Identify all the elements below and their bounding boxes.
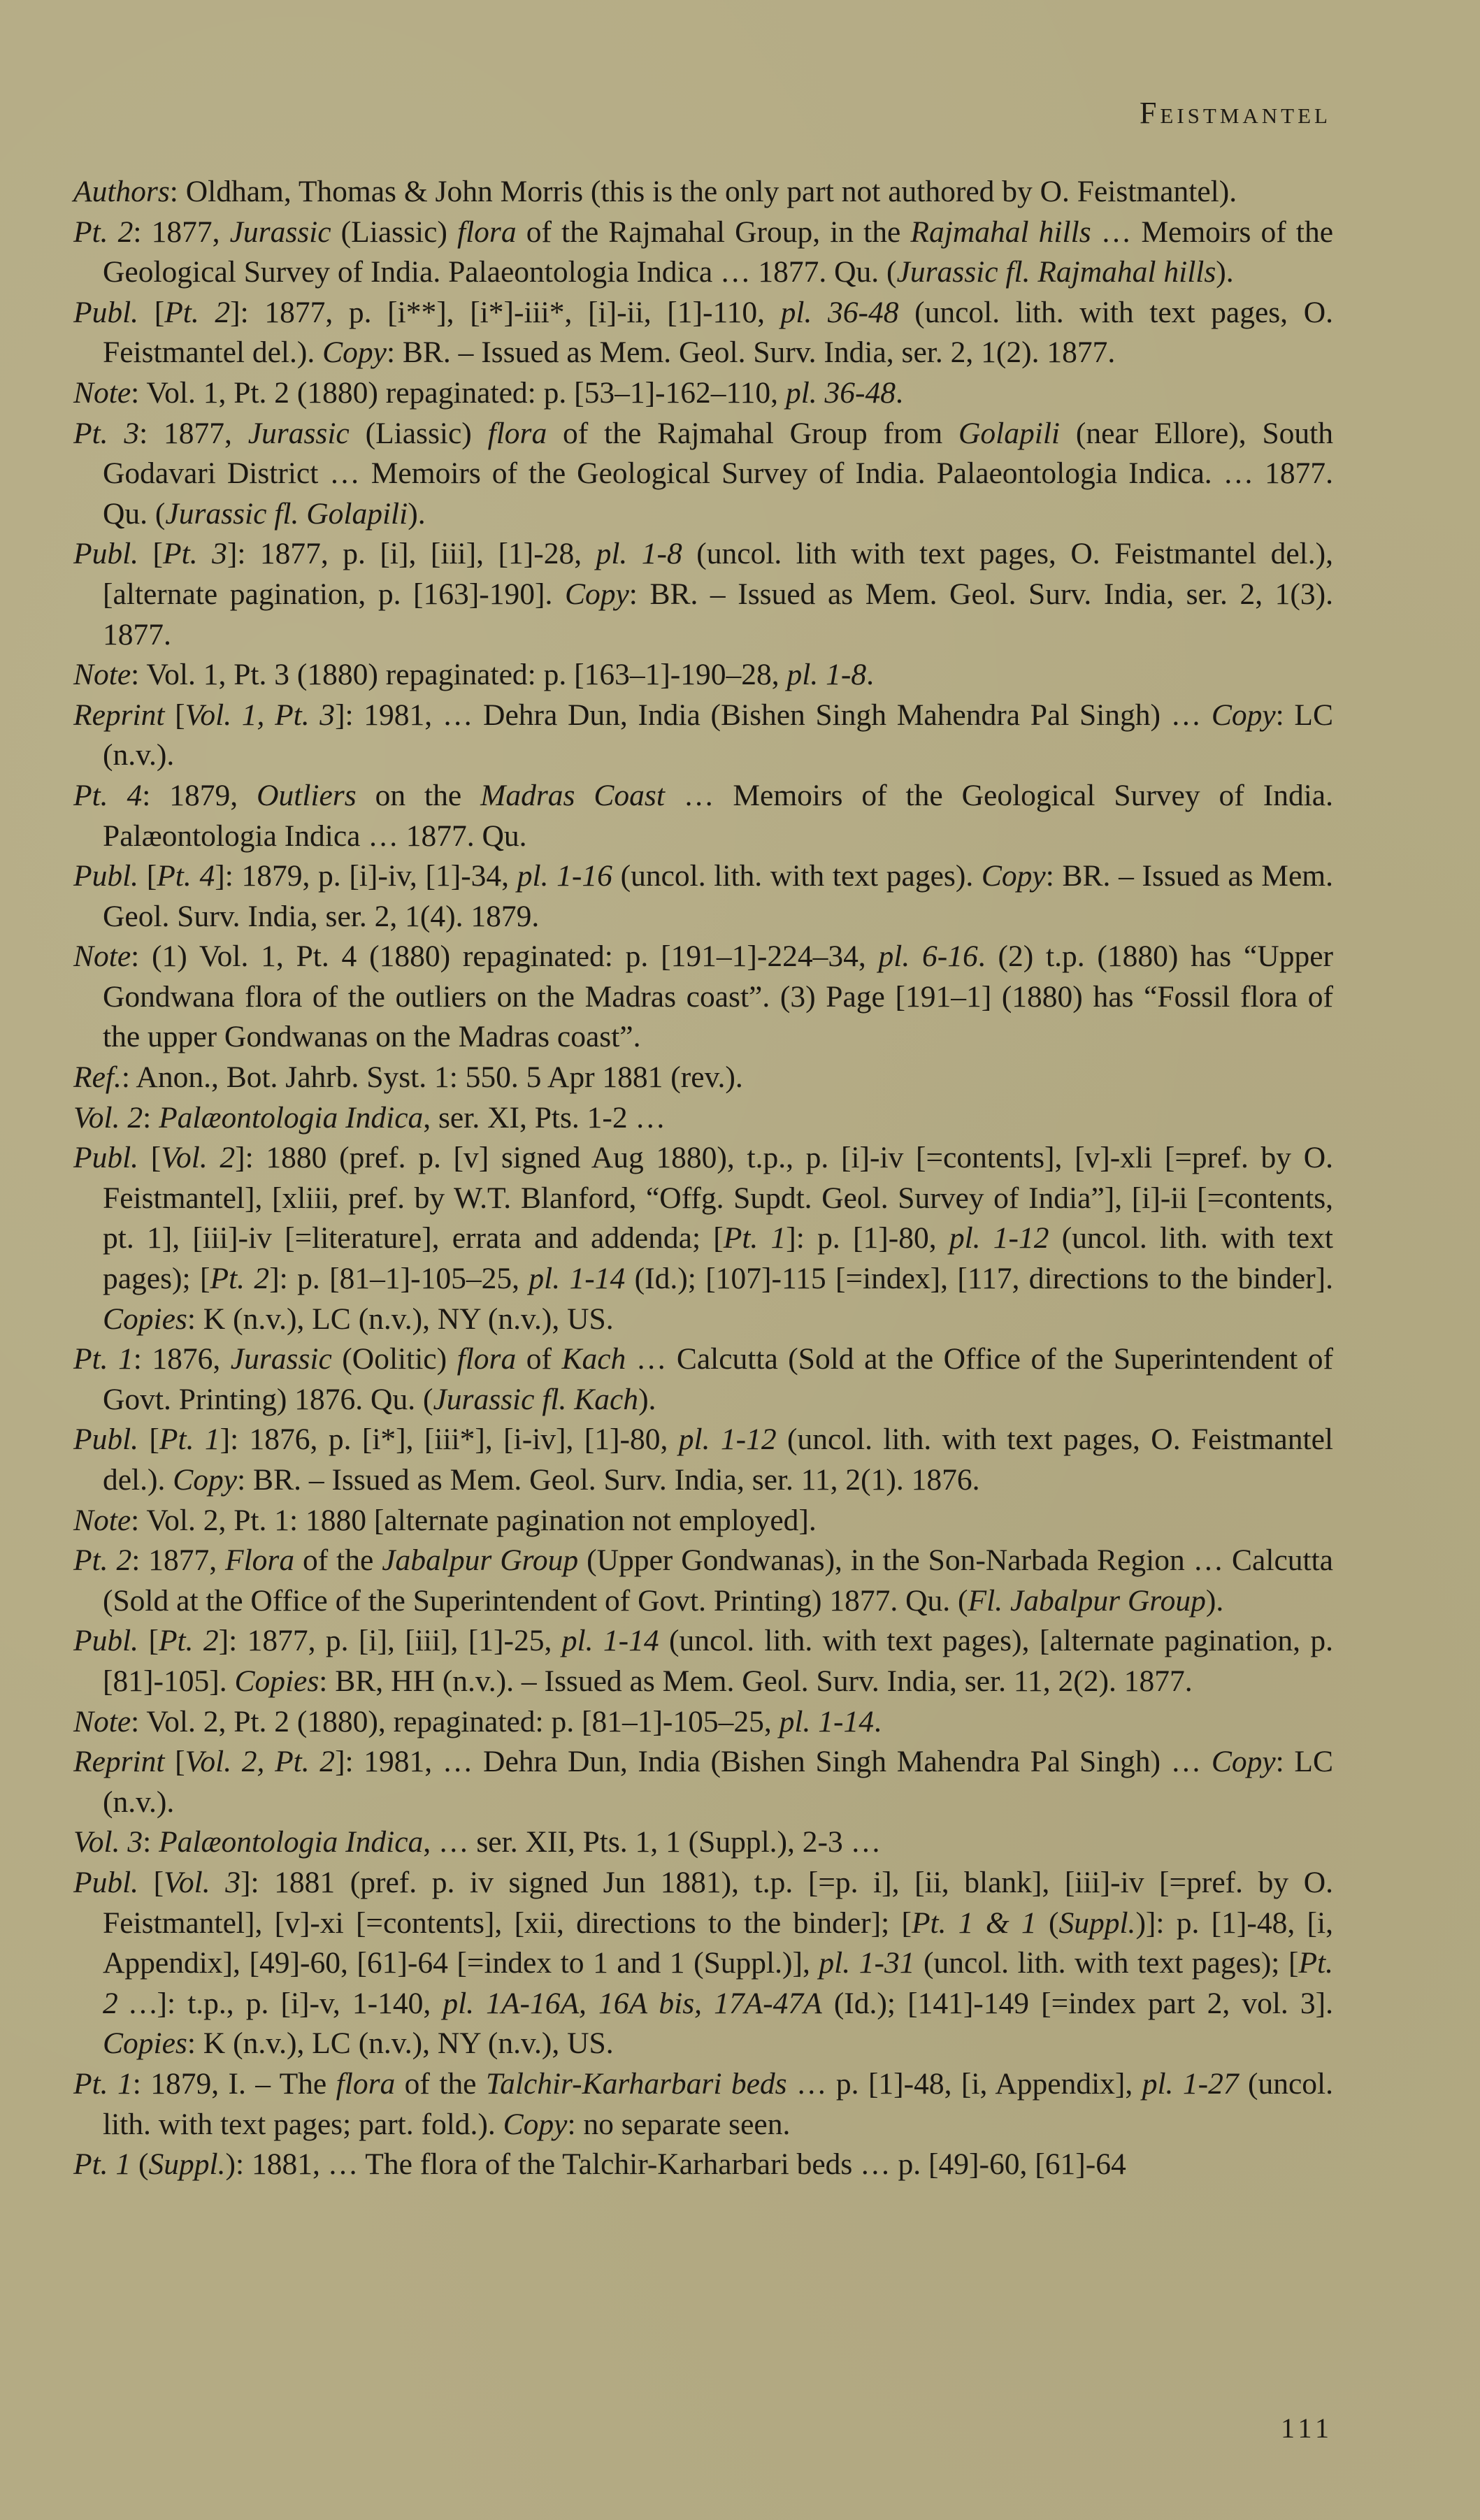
entry-italic-text: Vol. 2	[73, 1101, 143, 1135]
entry-italic-text: Ref.	[73, 1060, 122, 1094]
bibliography-entry: Vol. 3: Palæontologia Indica, … ser. XII…	[73, 1822, 1333, 1863]
entry-text: : 1879,	[142, 779, 257, 812]
entry-italic-text: Pt. 2	[73, 215, 133, 249]
entry-italic-text: Copy	[322, 336, 387, 369]
entry-italic-text: Copies	[234, 1664, 319, 1698]
entry-text: [	[138, 537, 163, 570]
entry-italic-text: Reprint	[73, 1745, 164, 1778]
entry-text: [	[138, 1866, 164, 1899]
entry-italic-text: pl. 1-14	[562, 1624, 659, 1657]
entry-italic-text: Pt. 3	[163, 537, 227, 570]
entry-italic-text: Rajmahal hills	[910, 215, 1091, 249]
entry-text: ).	[1206, 1584, 1223, 1618]
entry-italic-text: Pt. 2	[159, 1624, 219, 1657]
entry-italic-text: Jabalpur Group	[382, 1543, 578, 1577]
entry-italic-text: Pt. 1 & 1	[912, 1906, 1037, 1940]
bibliography-entry: Reprint [Vol. 2, Pt. 2]: 1981, … Dehra D…	[73, 1742, 1333, 1822]
entry-italic-text: Vol. 2	[161, 1141, 235, 1174]
entry-text: ]: 1879, p. [i]-iv, [1]-34,	[215, 859, 517, 893]
bibliography-entry: Vol. 2: Palæontologia Indica, ser. XI, P…	[73, 1098, 1333, 1139]
bibliography-entry: Pt. 1: 1879, I. – The flora of the Talch…	[73, 2064, 1333, 2145]
entry-italic-text: Publ.	[73, 859, 138, 893]
running-head: Feistmantel	[1140, 95, 1331, 131]
bibliography-entry: Publ. [Pt. 1]: 1876, p. [i*], [iii*], [i…	[73, 1420, 1333, 1500]
bibliography-entry: Publ. [Pt. 3]: 1877, p. [i], [iii], [1]-…	[73, 534, 1333, 655]
entry-italic-text: Note	[73, 939, 131, 973]
entry-italic-text: Publ.	[73, 537, 138, 570]
entry-text: ).	[1216, 255, 1233, 289]
entry-text: ]: 1876, p. [i*], [iii*], [i-iv], [1]-80…	[220, 1423, 679, 1456]
entry-italic-text: Jurassic	[230, 215, 331, 249]
entry-text: : Vol. 1, Pt. 3 (1880) repaginated: p. […	[131, 658, 786, 691]
entry-italic-text: flora	[488, 417, 547, 450]
entry-text: : 1877,	[139, 417, 248, 450]
entry-text: [	[138, 1423, 159, 1456]
entry-italic-text: Copy	[503, 2108, 568, 2141]
entry-text: of the Rajmahal Group from	[547, 417, 958, 450]
entry-text: ).	[408, 497, 425, 531]
bibliography-entry: Publ. [Pt. 4]: 1879, p. [i]-iv, [1]-34, …	[73, 856, 1333, 937]
entry-text: of the	[395, 2067, 486, 2101]
bibliography-entry: Note: Vol. 1, Pt. 2 (1880) repaginated: …	[73, 373, 1333, 414]
entry-italic-text: pl. 1-14	[779, 1705, 874, 1738]
entry-italic-text: Copies	[103, 1302, 187, 1336]
entry-italic-text: pl. 1-8	[596, 537, 682, 570]
entry-text: : Vol. 2, Pt. 2 (1880), repaginated: p. …	[131, 1705, 779, 1738]
entry-italic-text: Golapili	[958, 417, 1060, 450]
entry-text: ]: 1877, p. [i**], [i*]-iii*, [i]-ii, [1…	[230, 296, 781, 329]
bibliography-entry: Note: (1) Vol. 1, Pt. 4 (1880) repaginat…	[73, 937, 1333, 1058]
entry-italic-text: pl. 1-12	[679, 1423, 777, 1456]
entry-text: (	[1037, 1906, 1059, 1940]
entry-italic-text: flora	[457, 215, 517, 249]
bibliography-entry: Pt. 2: 1877, Flora of the Jabalpur Group…	[73, 1541, 1333, 1621]
entry-text: ]: p. [81–1]-105–25,	[269, 1262, 529, 1295]
entry-italic-text: pl. 1-16	[517, 859, 612, 893]
entry-italic-text: flora	[336, 2067, 396, 2101]
entry-italic-text: Pt. 2	[73, 1543, 131, 1577]
entry-italic-text: Jurassic fl. Rajmahal hills	[897, 255, 1216, 289]
bibliography-entry: Authors: Oldham, Thomas & John Morris (t…	[73, 172, 1333, 213]
entry-italic-text: Madras Coast	[480, 779, 665, 812]
entry-text: : K (n.v.), LC (n.v.), NY (n.v.), US.	[187, 1302, 614, 1336]
entry-italic-text: pl. 1-14	[529, 1262, 625, 1295]
entry-italic-text: Pt. 1	[73, 2147, 131, 2181]
entry-italic-text: Note	[73, 1705, 131, 1738]
entry-italic-text: Jurassic	[231, 1342, 332, 1376]
entry-text: :	[143, 1825, 159, 1859]
entry-text: : Vol. 2, Pt. 1: 1880 [alternate paginat…	[131, 1504, 817, 1537]
entry-text: : 1879, I. – The	[133, 2067, 336, 2101]
entry-text: … p. [1]-48, [i, Appendix],	[787, 2067, 1142, 2101]
entry-italic-text: Palæontologia Indica	[159, 1101, 423, 1135]
bibliography-entry: Ref.: Anon., Bot. Jahrb. Syst. 1: 550. 5…	[73, 1058, 1333, 1098]
bibliography-entry: Note: Vol. 2, Pt. 1: 1880 [alternate pag…	[73, 1501, 1333, 1541]
bibliography-entry: Note: Vol. 1, Pt. 3 (1880) repaginated: …	[73, 655, 1333, 696]
entry-text: : BR. – Issued as Mem. Geol. Surv. India…	[237, 1463, 979, 1497]
entry-text: : 1877,	[133, 215, 229, 249]
entry-text: ]: 1877, p. [i], [iii], [1]-25,	[219, 1624, 562, 1657]
bibliography-entry: Publ. [Vol. 2]: 1880 (pref. p. [v] signe…	[73, 1138, 1333, 1339]
entry-text: [	[138, 859, 157, 893]
entry-text: : 1876,	[134, 1342, 231, 1376]
entry-italic-text: Authors	[73, 175, 170, 208]
entry-italic-text: Copy	[982, 859, 1046, 893]
entry-text: of	[516, 1342, 561, 1376]
entry-text: : 1877,	[131, 1543, 225, 1577]
entry-italic-text: Copy	[565, 577, 629, 611]
entry-text: [	[138, 1624, 159, 1657]
entry-italic-text: pl. 36-48	[781, 296, 899, 329]
entry-italic-text: Pt. 4	[73, 779, 142, 812]
entry-italic-text: Copies	[103, 2026, 187, 2060]
entry-italic-text: Pt. 1	[724, 1221, 786, 1255]
entry-text: of the Rajmahal Group, in the	[517, 215, 911, 249]
entry-italic-text: pl. 1-27	[1142, 2067, 1239, 2101]
entry-italic-text: Jurassic	[248, 417, 350, 450]
bibliography-entry: Publ. [Pt. 2]: 1877, p. [i], [iii], [1]-…	[73, 1621, 1333, 1701]
entry-italic-text: Publ.	[73, 1866, 138, 1899]
bibliography-body: Authors: Oldham, Thomas & John Morris (t…	[73, 172, 1333, 2185]
entry-italic-text: Publ.	[73, 1141, 138, 1174]
entry-italic-text: Kach	[561, 1342, 626, 1376]
entry-italic-text: pl. 36-48	[786, 376, 896, 410]
bibliography-entry: Pt. 3: 1877, Jurassic (Liassic) flora of…	[73, 414, 1333, 535]
entry-italic-text: Publ.	[73, 1624, 138, 1657]
entry-italic-text: Suppl.	[149, 2147, 226, 2181]
entry-text: , ser. XI, Pts. 1-2 …	[423, 1101, 666, 1135]
entry-text: (uncol. lith. with text pages).	[612, 859, 982, 893]
bibliography-entry: Pt. 2: 1877, Jurassic (Liassic) flora of…	[73, 213, 1333, 293]
entry-italic-text: Suppl.	[1058, 1906, 1135, 1940]
entry-italic-text: Talchir-Karharbari beds	[486, 2067, 787, 2101]
entry-italic-text: Note	[73, 1504, 131, 1537]
entry-italic-text: Jurassic fl. Golapili	[165, 497, 408, 531]
entry-text: : K (n.v.), LC (n.v.), NY (n.v.), US.	[187, 2026, 614, 2060]
entry-text: : BR, HH (n.v.). – Issued as Mem. Geol. …	[319, 1664, 1192, 1698]
bibliography-entry: Publ. [Pt. 2]: 1877, p. [i**], [i*]-iii*…	[73, 293, 1333, 373]
entry-italic-text: Copy	[1212, 1745, 1276, 1778]
entry-text: : Oldham, Thomas & John Morris (this is …	[170, 175, 1237, 208]
entry-text: (uncol. lith. with text pages); [	[914, 1946, 1298, 1980]
bibliography-entry: Publ. [Vol. 3]: 1881 (pref. p. iv signed…	[73, 1863, 1333, 2064]
entry-italic-text: Pt. 4	[157, 859, 215, 893]
entry-italic-text: Fl. Jabalpur Group	[968, 1584, 1206, 1618]
entry-italic-text: flora	[457, 1342, 517, 1376]
entry-text: (	[131, 2147, 148, 2181]
entry-text: ]: 1981, … Dehra Dun, India (Bishen Sing…	[335, 698, 1212, 732]
entry-italic-text: Vol. 2, Pt. 2	[185, 1745, 335, 1778]
entry-text: ): 1881, … The flora of the Talchir-Karh…	[226, 2147, 1126, 2181]
entry-text: [	[138, 296, 164, 329]
entry-text: [	[138, 1141, 161, 1174]
entry-text: : no separate seen.	[567, 2108, 790, 2141]
entry-italic-text: Pt. 1	[73, 2067, 133, 2101]
entry-text: , … ser. XII, Pts. 1, 1 (Suppl.), 2-3 …	[423, 1825, 881, 1859]
entry-italic-text: Vol. 3	[73, 1825, 143, 1859]
entry-italic-text: Pt. 2	[210, 1262, 270, 1295]
entry-italic-text: Palæontologia Indica	[159, 1825, 423, 1859]
entry-italic-text: pl. 1-8	[787, 658, 867, 691]
entry-italic-text: Outliers	[257, 779, 357, 812]
entry-text: : Vol. 1, Pt. 2 (1880) repaginated: p. […	[131, 376, 786, 410]
entry-text: ).	[638, 1383, 656, 1416]
bibliography-entry: Pt. 1 (Suppl.): 1881, … The flora of the…	[73, 2145, 1333, 2185]
bibliography-entry: Pt. 1: 1876, Jurassic (Oolitic) flora of…	[73, 1339, 1333, 1420]
entry-italic-text: Pt. 2	[164, 296, 230, 329]
entry-text: .	[866, 658, 874, 691]
entry-text: :	[143, 1101, 159, 1135]
entry-text: : (1) Vol. 1, Pt. 4 (1880) repaginated: …	[131, 939, 878, 973]
entry-text: (Liassic)	[350, 417, 488, 450]
page-number: 111	[1281, 2412, 1333, 2445]
entry-italic-text: Publ.	[73, 296, 138, 329]
entry-italic-text: Vol. 1, Pt. 3	[185, 698, 335, 732]
entry-text: [	[164, 1745, 185, 1778]
entry-italic-text: pl. 1A-16A, 16A bis, 17A-47A	[443, 1987, 821, 2020]
entry-italic-text: Vol. 3	[164, 1866, 240, 1899]
entry-italic-text: Note	[73, 658, 131, 691]
entry-italic-text: Flora	[225, 1543, 294, 1577]
entry-text: (Oolitic)	[332, 1342, 457, 1376]
entry-italic-text: pl. 1-12	[949, 1221, 1049, 1255]
entry-text: of the	[294, 1543, 382, 1577]
entry-italic-text: pl. 1-31	[819, 1946, 914, 1980]
entry-text: ]: 1981, … Dehra Dun, India (Bishen Sing…	[335, 1745, 1212, 1778]
entry-italic-text: Copy	[1212, 698, 1276, 732]
bibliography-entry: Note: Vol. 2, Pt. 2 (1880), repaginated:…	[73, 1702, 1333, 1743]
entry-italic-text: Jurassic fl. Kach	[433, 1383, 638, 1416]
entry-italic-text: Reprint	[73, 698, 164, 732]
entry-text: (Liassic)	[331, 215, 457, 249]
entry-text: ]: t.p., p. [i]-v, 1-140,	[157, 1987, 443, 2020]
entry-text: : Anon., Bot. Jahrb. Syst. 1: 550. 5 Apr…	[122, 1060, 743, 1094]
entry-text: ]: 1877, p. [i], [iii], [1]-28,	[227, 537, 596, 570]
entry-italic-text: Pt. 3	[73, 417, 139, 450]
entry-text: .	[896, 376, 903, 410]
bibliography-entry: Pt. 4: 1879, Outliers on the Madras Coas…	[73, 776, 1333, 856]
entry-text: (Id.); [107]-115 [=index], [117, directi…	[625, 1262, 1333, 1295]
entry-text: [	[164, 698, 185, 732]
entry-italic-text: Copy	[173, 1463, 237, 1497]
entry-italic-text: Publ.	[73, 1423, 138, 1456]
entry-text: on the	[357, 779, 480, 812]
entry-text: (Id.); [141]-149 [=index part 2, vol. 3]…	[822, 1987, 1333, 2020]
bibliography-entry: Reprint [Vol. 1, Pt. 3]: 1981, … Dehra D…	[73, 696, 1333, 776]
entry-italic-text: Pt. 1	[73, 1342, 134, 1376]
entry-italic-text: Note	[73, 376, 131, 410]
entry-text: ]: p. [1]-80,	[786, 1221, 949, 1255]
entry-italic-text: Pt. 1	[159, 1423, 220, 1456]
entry-italic-text: pl. 6-16	[879, 939, 978, 973]
entry-text: .	[874, 1705, 882, 1738]
entry-text: : BR. – Issued as Mem. Geol. Surv. India…	[387, 336, 1115, 369]
